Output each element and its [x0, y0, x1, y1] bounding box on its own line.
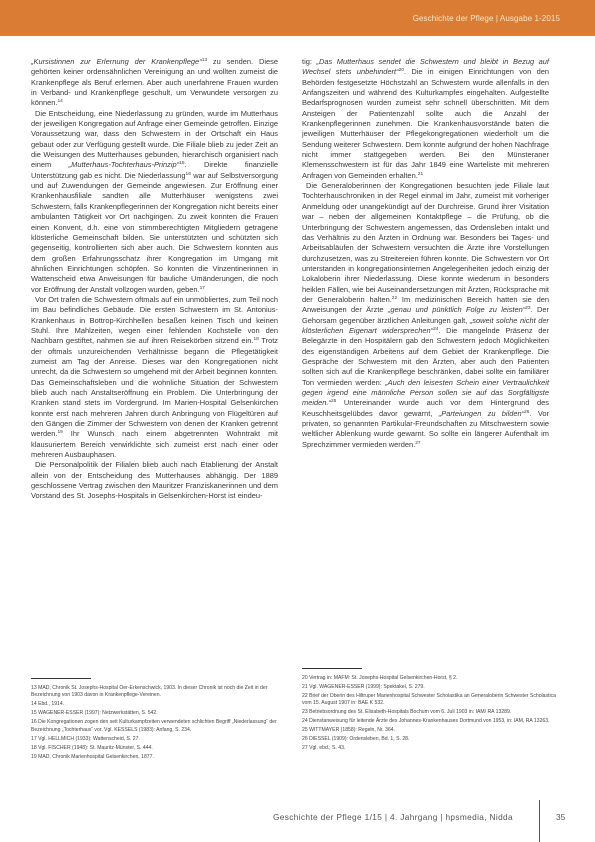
footnotes-left: 13 MAD, Chronik St. Josephs-Hospital Oer… — [31, 685, 281, 763]
footnote: 25 WITTMAYER (1858): Regeln, Nr. 364. — [302, 727, 564, 734]
footer-divider — [539, 800, 540, 842]
footnote: 17 Vgl. HELLMICH (1933): Wattenscheid, S… — [31, 736, 281, 743]
left-column: „Kursistinnen zur Erlernung der Krankenp… — [31, 57, 278, 502]
page-number: 35 — [556, 812, 565, 822]
text: Ihr Wunsch nach einem abgetrennten Wohnt… — [31, 429, 278, 459]
paragraph: Die Personalpolitik der Filialen blieb a… — [31, 460, 278, 501]
footnote: 27 Vgl. ebd., S. 43. — [302, 745, 564, 752]
paragraph: tig: „Das Mutterhaus sendet die Schweste… — [302, 57, 549, 181]
footnote: 13 MAD, Chronik St. Josephs-Hospital Oer… — [31, 685, 281, 700]
journal-title: Geschichte der Pflege | Ausgabe 1-2015 — [413, 14, 560, 23]
paragraph: „Kursistinnen zur Erlernung der Krankenp… — [31, 57, 278, 109]
text: Trotz der oftmals unzureichenden Verhält… — [31, 336, 278, 438]
footnote: 23 Betriebsordnung des St. Elisabeth-Hos… — [302, 709, 564, 716]
footnote-ref: 27 — [415, 441, 420, 446]
footnote: 14 Ebd., 1914. — [31, 701, 281, 708]
footnotes-right: 20 Vertrag in: MAFM: St. Josephs-Hospita… — [302, 675, 564, 754]
footnote-divider-right — [302, 668, 362, 669]
text: Die Generaloberinnen der Kongregationen … — [302, 181, 549, 304]
paragraph: Die Entscheidung, eine Niederlassung zu … — [31, 109, 278, 295]
paragraph: Die Generaloberinnen der Kongregationen … — [302, 181, 549, 450]
footnote: 16 Die Kongregationen zogen den seit Kul… — [31, 719, 281, 734]
text: . Die in einigen Einrichtungen von den B… — [302, 67, 549, 179]
footnote-ref: 14 — [57, 99, 62, 104]
footnote-ref: 17 — [200, 286, 205, 291]
text: war auf Selbstversorgung und auf Zuwendu… — [31, 171, 278, 294]
footnote: 15 WAGENER-ESSER (1997): Netzwerkstätten… — [31, 710, 281, 717]
quote: „Kursistinnen zur Erlernung der Krankenp… — [31, 57, 202, 66]
footnote: 21 Vgl. WAGENER-ESSER (1999): Spektakel,… — [302, 684, 564, 691]
footnote: 22 Brief der Oberin des Hiltruper Marien… — [302, 693, 564, 708]
text: Die Personalpolitik der Filialen blieb a… — [31, 460, 278, 500]
footnote: 26 DIESSEL (1909): Ordensleben, Bd. 1, S… — [302, 736, 564, 743]
footnote: 24 Dienstanweisung für leitende Ärzte de… — [302, 718, 564, 725]
quote: „genau und pünktlich Folge zu leisten“ — [388, 305, 525, 314]
quote: „Mutterhaus-Tochterhaus-Prinzip“ — [69, 160, 180, 169]
header-bar: Geschichte der Pflege | Ausgabe 1-2015 — [0, 0, 595, 36]
quote: „Parteiungen zu bilden“ — [439, 409, 524, 418]
footnote: 18 Vgl. FISCHER (1948): St. Mauritz-Müns… — [31, 745, 281, 752]
footnote: 19 MAD, Chronik Marienhospital Gelsenkir… — [31, 754, 281, 761]
paragraph: Vor Ort trafen die Schwestern oftmals au… — [31, 295, 278, 461]
footnote: 20 Vertrag in: MAFM: St. Josephs-Hospita… — [302, 675, 564, 682]
right-column: tig: „Das Mutterhaus sendet die Schweste… — [302, 57, 549, 450]
footnote-ref: 21 — [418, 172, 423, 177]
footnote-divider-left — [31, 678, 91, 679]
text: Vor Ort trafen die Schwestern oftmals au… — [31, 295, 278, 345]
page-footer: Geschichte der Pflege 1/15 | 4. Jahrgang… — [273, 812, 513, 822]
text: tig: — [302, 57, 317, 66]
